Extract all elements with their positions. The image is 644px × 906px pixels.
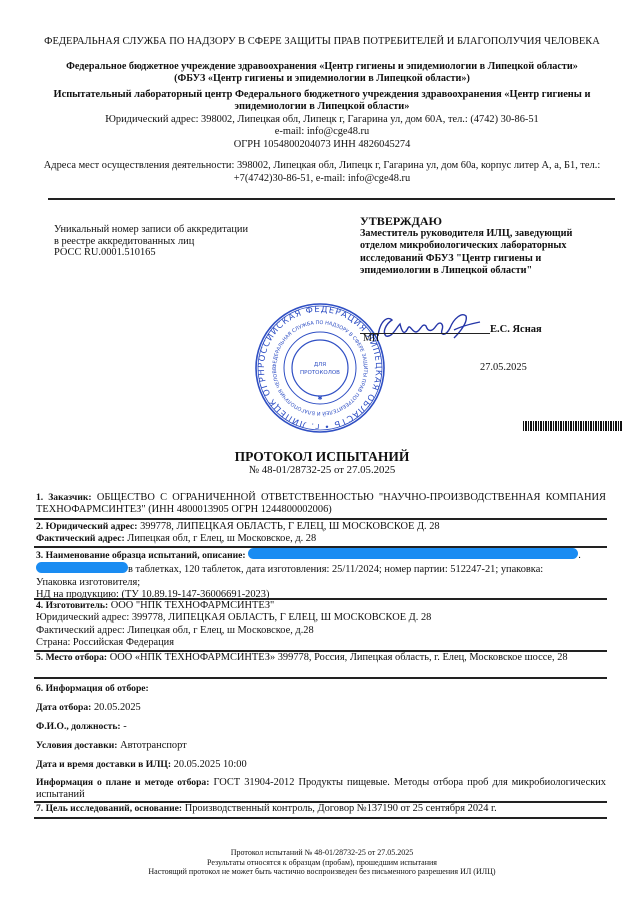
- redacted-sample-name-cont: [36, 562, 128, 573]
- accreditation-number: РОСС RU.0001.510165: [54, 247, 248, 259]
- header-divider: [48, 198, 615, 200]
- svg-text:✱: ✱: [317, 395, 322, 402]
- svg-text:ПРОТОКОЛОВ: ПРОТОКОЛОВ: [300, 370, 340, 376]
- lab-block: Испытательный лабораторный центр Федерал…: [20, 89, 624, 151]
- legal-address: Юридический адрес: 398002, Липецкая обл,…: [20, 114, 624, 126]
- footer-line-1: Протокол испытаний № 48-01/28732-25 от 2…: [0, 848, 644, 858]
- section-manufacturer: 4. Изготовитель: ООО "НПК ТЕХНОФАРМСИНТЕ…: [36, 600, 606, 650]
- protocol-number: № 48-01/28732-25 от 27.05.2025: [0, 464, 644, 476]
- section-purpose: 7. Цель исследований, основание: Произво…: [36, 803, 606, 815]
- lab-name: Испытательный лабораторный центр Федерал…: [20, 89, 624, 114]
- section-sample: 3. Наименование образца испытаний, описа…: [36, 548, 606, 602]
- signature-icon: [370, 310, 490, 344]
- stamp-icon: РОССИЙСКАЯ ФЕДЕРАЦИЯ ЛИПЕЦКАЯ ОБЛАСТЬ • …: [254, 302, 386, 434]
- accreditation-line-1: Уникальный номер записи об аккредитации: [54, 224, 248, 236]
- section-customer: 1. Заказчик: ОБЩЕСТВО С ОГРАНИЧЕННОЙ ОТВ…: [36, 492, 606, 517]
- institution-name: Федеральное бюджетное учреждение здравоо…: [10, 61, 634, 85]
- barcode-icon: [523, 421, 623, 431]
- activity-address: Адреса мест осуществления деятельности: …: [20, 159, 624, 185]
- section-sampling-info: 6. Информация об отборе: Дата отбора: 20…: [36, 679, 606, 774]
- lab-email: e-mail: info@cge48.ru: [20, 126, 624, 138]
- accreditation-block: Уникальный номер записи об аккредитации …: [54, 224, 248, 259]
- ogrn-inn: ОГРН 1054800204073 ИНН 4826045274: [20, 139, 624, 151]
- institution-line-1: Федеральное бюджетное учреждение здравоо…: [10, 61, 634, 73]
- approval-title: УТВЕРЖДАЮ: [360, 214, 610, 228]
- protocol-title: ПРОТОКОЛ ИСПЫТАНИЙ: [0, 449, 644, 464]
- footer-line-2: Результаты относятся к образцам (пробам)…: [0, 858, 644, 868]
- divider: [34, 518, 607, 520]
- approval-position: Заместитель руководителя ИЛЦ, заведующий…: [360, 228, 610, 278]
- footer-line-3: Настоящий протокол не может быть частичн…: [0, 867, 644, 877]
- accreditation-line-2: в реестре аккредитованных лиц: [54, 236, 248, 248]
- mp-mark: МП: [363, 333, 379, 344]
- approval-block: УТВЕРЖДАЮ Заместитель руководителя ИЛЦ, …: [360, 214, 610, 278]
- section-sampling-place: 5. Место отбора: ООО «НПК ТЕХНОФАРМСИНТЕ…: [36, 652, 606, 664]
- page-footer: Протокол испытаний № 48-01/28732-25 от 2…: [0, 848, 644, 877]
- agency-name: ФЕДЕРАЛЬНАЯ СЛУЖБА ПО НАДЗОРУ В СФЕРЕ ЗА…: [20, 36, 624, 48]
- redacted-sample-name: [248, 548, 578, 559]
- signature-line: [360, 333, 490, 334]
- institution-line-2: (ФБУЗ «Центр гигиены и эпидемиологии в Л…: [10, 73, 634, 85]
- customer-value: ОБЩЕСТВО С ОГРАНИЧЕННОЙ ОТВЕТСТВЕННОСТЬЮ…: [36, 492, 606, 515]
- signatory-name: Е.С. Ясная: [490, 324, 542, 335]
- svg-text:ДЛЯ: ДЛЯ: [314, 362, 326, 368]
- approval-date: 27.05.2025: [480, 362, 527, 373]
- section-legal-address: 2. Юридический адрес: 399778, ЛИПЕЦКАЯ О…: [36, 521, 606, 546]
- divider: [34, 817, 607, 819]
- sampling-plan: Информация о плане и методе отбора: ГОСТ…: [36, 777, 606, 802]
